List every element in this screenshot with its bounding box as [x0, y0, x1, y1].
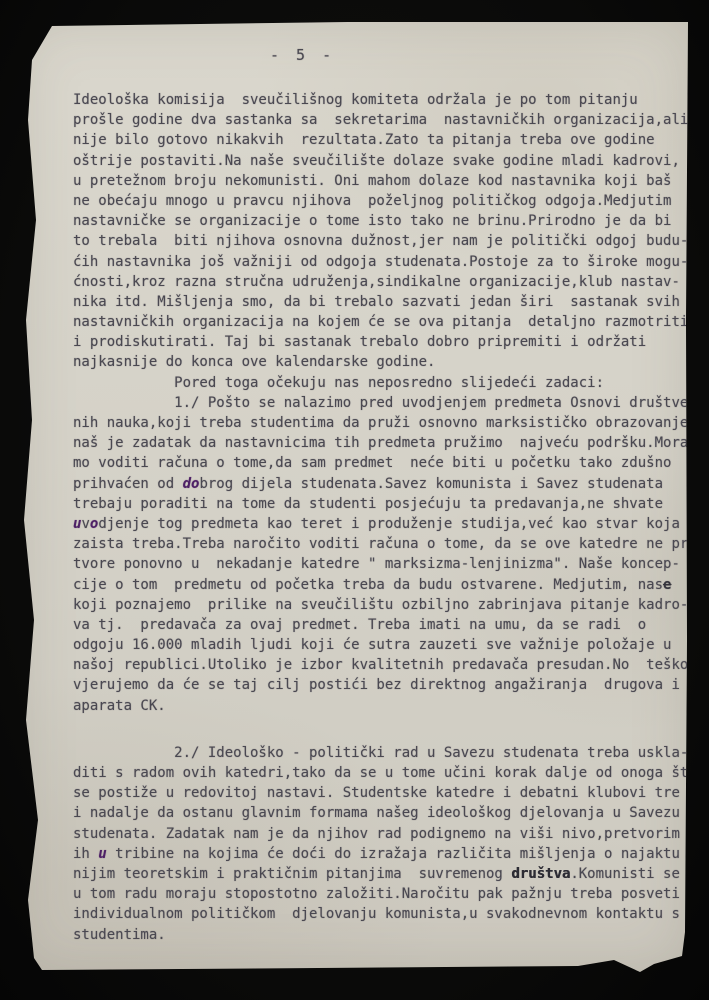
typed-text: prihvaćen od: [73, 476, 183, 492]
text-line: studenata. Zadatak nam je da njihov rad …: [73, 824, 690, 844]
typed-text: naš je zadatak da nastavnicima tih predm…: [73, 435, 688, 451]
text-line: najkasnije do konca ove kalendarske godi…: [73, 352, 690, 372]
typed-text: i prodiskutirati. Taj bi sastanak trebal…: [73, 334, 646, 350]
corrected-text: u: [98, 846, 106, 862]
typed-text: se postiže u redovitoj nastavi. Students…: [73, 785, 680, 801]
text-line: odgoju 16.000 mladih ljudi koji će sutra…: [73, 635, 690, 655]
text-line: ćnosti,kroz razna stručna udruženja,sind…: [73, 272, 690, 292]
corrected-text: do: [183, 476, 200, 492]
text-line: to trebala biti njihova osnovna dužnost,…: [73, 231, 690, 251]
text-line: diti s radom ovih katedri,tako da se u t…: [73, 763, 690, 783]
para-3: 1./ Pošto se nalazimo pred uvodjenjem pr…: [73, 393, 690, 716]
text-line: i nadalje da ostanu glavnim formama naše…: [73, 803, 690, 823]
typed-text: mo voditi računa o tome,da sam predmet n…: [73, 455, 671, 471]
text-line: i prodiskutirati. Taj bi sastanak trebal…: [73, 332, 690, 352]
text-line: koji poznajemo prilike na sveučilištu oz…: [73, 595, 690, 615]
text-line: individualnom političkom djelovanju komu…: [73, 904, 690, 924]
typed-text: u tom radu moraju stopostotno založiti.N…: [73, 886, 680, 902]
text-line: 2./ Ideološko - politički rad u Savezu s…: [73, 743, 690, 763]
typed-text: oštrije postaviti.Na naše sveučilište do…: [73, 153, 680, 169]
text-line: tvore ponovno u nekadanje katedre " mark…: [73, 554, 690, 574]
text-line: prihvaćen od dobrog dijela studenata.Sav…: [73, 474, 690, 494]
typed-text: nika itd. Mišljenja smo, da bi trebalo s…: [73, 294, 680, 310]
text-line: ne obećaju mnogo u pravcu njihova poželj…: [73, 191, 690, 211]
document-body: Ideološka komisija sveučilišnog komiteta…: [73, 90, 690, 945]
typed-text: diti s radom ovih katedri,tako da se u t…: [73, 765, 690, 781]
text-line: u tom radu moraju stopostotno založiti.N…: [73, 884, 690, 904]
typed-text: aparata CK.: [73, 698, 166, 714]
typed-text: i nadalje da ostanu glavnim formama naše…: [73, 805, 680, 821]
corrected-text: društva: [511, 866, 570, 882]
text-line: Pored toga očekuju nas neposredno slijed…: [73, 373, 690, 393]
para-1: Ideološka komisija sveučilišnog komiteta…: [73, 90, 690, 373]
text-line: naš je zadatak da nastavnicima tih predm…: [73, 433, 690, 453]
text-line: ćih nastavnika još važniji od odgoja stu…: [73, 252, 690, 272]
text-line: našoj republici.Utoliko je izbor kvalite…: [73, 655, 690, 675]
text-line: Ideološka komisija sveučilišnog komiteta…: [73, 90, 690, 110]
text-line: va tj. predavača za ovaj predmet. Treba …: [73, 615, 690, 635]
typed-text: zaista treba.Treba naročito voditi račun…: [73, 536, 690, 552]
text-line: cije o tom predmetu od početka treba da …: [73, 575, 690, 595]
scan-background: - 5 - Ideološka komisija sveučilišnog ko…: [0, 0, 709, 1000]
typed-text: nastavničkih organizacija na kojem će se…: [73, 314, 688, 330]
typed-text: cije o tom predmetu od početka treba da …: [73, 577, 663, 593]
text-line: nih nauka,koji treba studentima da pruži…: [73, 413, 690, 433]
text-line: trebaju poraditi na tome da studenti pos…: [73, 494, 690, 514]
typed-text: Ideološka komisija sveučilišnog komiteta…: [73, 92, 638, 108]
typed-text: nastavničke se organizacije o tome isto …: [73, 213, 671, 229]
typed-text: studentima.: [73, 927, 166, 943]
typed-text: našoj republici.Utoliko je izbor kvalite…: [73, 657, 688, 673]
text-line: nastavničkih organizacija na kojem će se…: [73, 312, 690, 332]
typed-text: odgoju 16.000 mladih ljudi koji će sutra…: [73, 637, 671, 653]
typed-text: individualnom političkom djelovanju komu…: [73, 906, 680, 922]
text-line: zaista treba.Treba naročito voditi račun…: [73, 534, 690, 554]
typed-text: nijim teoretskim i praktičnim pitanjima …: [73, 866, 511, 882]
corrected-text: e: [663, 577, 671, 593]
text-line: nastavničke se organizacije o tome isto …: [73, 211, 690, 231]
typed-text: v: [81, 516, 89, 532]
typed-text: tribine na kojima će doći do izražaja ra…: [107, 846, 680, 862]
typed-text: trebaju poraditi na tome da studenti pos…: [73, 496, 663, 512]
text-line: 1./ Pošto se nalazimo pred uvodjenjem pr…: [73, 393, 690, 413]
typed-text: u pretežnom broju nekomunisti. Oni mahom…: [73, 173, 671, 189]
document-page: - 5 - Ideološka komisija sveučilišnog ko…: [18, 20, 690, 972]
typed-text: najkasnije do konca ove kalendarske godi…: [73, 354, 435, 370]
typed-text: studenata. Zadatak nam je da njihov rad …: [73, 826, 680, 842]
typed-text: ćih nastavnika još važniji od odgoja stu…: [73, 254, 688, 270]
text-line: u pretežnom broju nekomunisti. Oni mahom…: [73, 171, 690, 191]
page-number: - 5 -: [270, 46, 335, 64]
typed-text: ih: [73, 846, 98, 862]
typed-text: 2./ Ideološko - politički rad u Savezu s…: [73, 745, 688, 761]
typed-text: 1./ Pošto se nalazimo pred uvodjenjem pr…: [73, 395, 690, 411]
typed-text: va tj. predavača za ovaj predmet. Treba …: [73, 617, 646, 633]
text-line: uvodjenje tog predmeta kao teret i produ…: [73, 514, 690, 534]
para-2: Pored toga očekuju nas neposredno slijed…: [73, 373, 690, 393]
text-line: aparata CK.: [73, 696, 690, 716]
typed-text: ne obećaju mnogo u pravcu njihova poželj…: [73, 193, 671, 209]
typed-text: brog dijela studenata.Savez komunista i …: [199, 476, 663, 492]
text-line: nijim teoretskim i praktičnim pitanjima …: [73, 864, 690, 884]
typed-text: Pored toga očekuju nas neposredno slijed…: [73, 375, 604, 391]
text-line: ih u tribine na kojima će doći do izraža…: [73, 844, 690, 864]
typed-text: vjerujemo da će se taj cilj postići bez …: [73, 677, 680, 693]
typed-text: .Komunisti se: [570, 866, 680, 882]
typed-text: nih nauka,koji treba studentima da pruži…: [73, 415, 688, 431]
typed-text: to trebala biti njihova osnovna dužnost,…: [73, 233, 688, 249]
typed-text: nije bilo gotovo nikakvih rezultata.Zato…: [73, 132, 655, 148]
text-line: prošle godine dva sastanka sa sekretarim…: [73, 110, 690, 130]
typed-text: ćnosti,kroz razna stručna udruženja,sind…: [73, 274, 680, 290]
text-line: mo voditi računa o tome,da sam predmet n…: [73, 453, 690, 473]
text-line: nije bilo gotovo nikakvih rezultata.Zato…: [73, 130, 690, 150]
typed-text: prošle godine dva sastanka sa sekretarim…: [73, 112, 688, 128]
typed-text: djenje tog predmeta kao teret i produžen…: [98, 516, 680, 532]
text-line: studentima.: [73, 925, 690, 945]
text-line: oštrije postaviti.Na naše sveučilište do…: [73, 151, 690, 171]
text-line: nika itd. Mišljenja smo, da bi trebalo s…: [73, 292, 690, 312]
typed-text: tvore ponovno u nekadanje katedre " mark…: [73, 556, 680, 572]
text-line: vjerujemo da će se taj cilj postići bez …: [73, 675, 690, 695]
text-line: se postiže u redovitoj nastavi. Students…: [73, 783, 690, 803]
typed-text: koji poznajemo prilike na sveučilištu oz…: [73, 597, 688, 613]
para-4: 2./ Ideološko - politički rad u Savezu s…: [73, 743, 690, 945]
